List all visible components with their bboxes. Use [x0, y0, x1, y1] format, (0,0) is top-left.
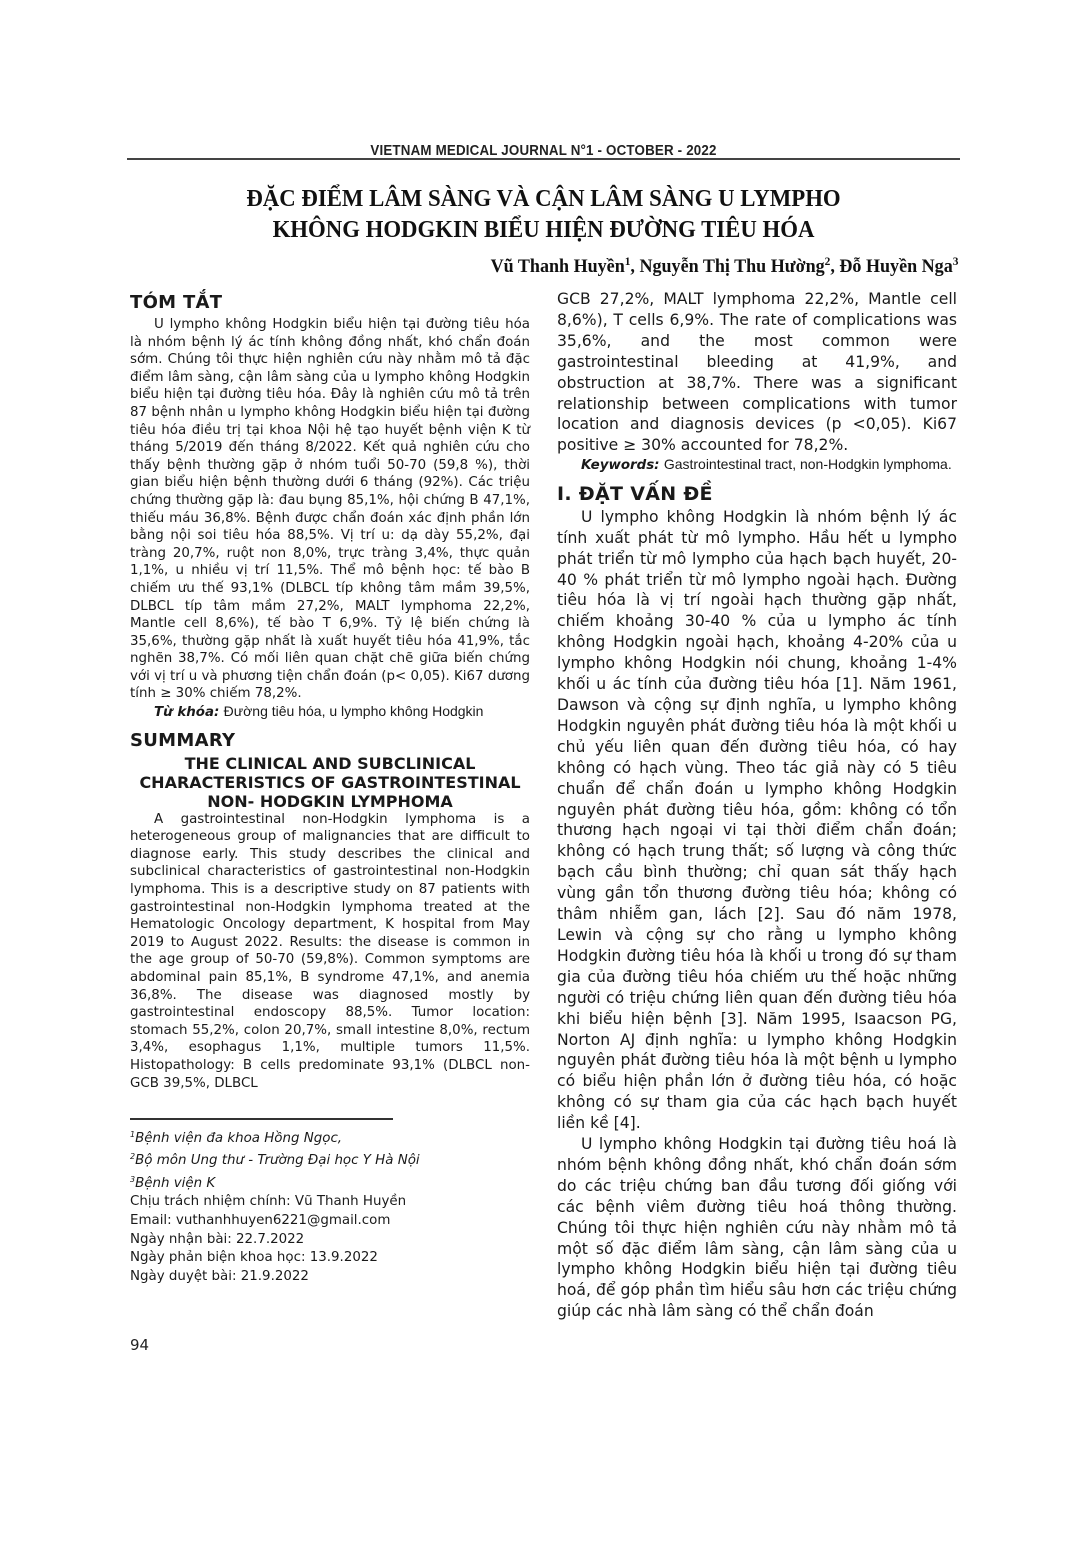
keywords-en-label: Keywords: [581, 458, 660, 473]
footnote-date-reviewed: Ngày phản biện khoa học: 13.9.2022 [130, 1249, 530, 1268]
journal-running-header: VIETNAM MEDICAL JOURNAL N°1 - OCTOBER - … [160, 143, 926, 159]
footnote-text: Bệnh viện đa khoa Hồng Ngọc, [135, 1131, 342, 1146]
abstract-vi-heading: TÓM TẮT [130, 292, 530, 314]
keywords-vi: Từ khóa: Đường tiêu hóa, u lympho không … [130, 703, 530, 722]
footnote-corresponding-author: Chịu trách nhiệm chính: Vũ Thanh Huyền [130, 1193, 530, 1212]
journal-page: VIETNAM MEDICAL JOURNAL N°1 - OCTOBER - … [0, 0, 1090, 1541]
article-title: ĐẶC ĐIỂM LÂM SÀNG VÀ CẬN LÂM SÀNG U LYMP… [156, 183, 931, 245]
title-line-2: KHÔNG HODGKIN BIỂU HIỆN ĐƯỜNG TIÊU HÓA [156, 214, 931, 245]
affiliation-mark: 1 [624, 254, 630, 268]
summary-title-line-1: THE CLINICAL AND SUBCLINICAL [130, 754, 530, 773]
author-name: Vũ Thanh Huyền [490, 256, 624, 277]
summary-title-line-3: NON- HODGKIN LYMPHOMA [130, 792, 530, 811]
affiliation-mark: 3 [952, 254, 958, 268]
summary-body-part2: GCB 27,2%, MALT lymphoma 22,2%, Mantle c… [557, 289, 957, 456]
author-separator: , [630, 256, 639, 277]
keywords-en-text: Gastrointestinal tract, non-Hodgkin lymp… [664, 456, 952, 472]
keywords-vi-label: Từ khóa: [154, 705, 219, 720]
footnote-rule [130, 1118, 393, 1120]
author-name: Nguyễn Thị Thu Hường [639, 256, 824, 277]
footnote-date-accepted: Ngày duyệt bài: 21.9.2022 [130, 1268, 530, 1287]
section-1-paragraph-2: U lympho không Hodgkin tại đường tiêu ho… [557, 1134, 957, 1322]
footnote-affiliation-1: 1Bệnh viện đa khoa Hồng Ngọc, [130, 1126, 530, 1149]
left-column: TÓM TẮT U lympho không Hodgkin biểu hiện… [130, 292, 530, 1286]
summary-body-part1: A gastrointestinal non-Hodgkin lymphoma … [130, 811, 530, 1093]
affiliation-mark: 2 [824, 254, 830, 268]
keywords-en: Keywords: Gastrointestinal tract, non-Ho… [557, 456, 957, 475]
right-column: GCB 27,2%, MALT lymphoma 22,2%, Mantle c… [557, 289, 957, 1322]
abstract-vi-body: U lympho không Hodgkin biểu hiện tại đườ… [130, 316, 530, 703]
footnote-email[interactable]: Email: vuthanhhuyen6221@gmail.com [130, 1212, 530, 1231]
title-line-1: ĐẶC ĐIỂM LÂM SÀNG VÀ CẬN LÂM SÀNG U LYMP… [156, 183, 931, 214]
page-number: 94 [130, 1336, 149, 1354]
header-rule [127, 158, 960, 160]
footnote-affiliation-3: 3Bệnh viện K [130, 1171, 530, 1194]
footnote-date-received: Ngày nhận bài: 22.7.2022 [130, 1231, 530, 1250]
footnote-text: Bộ môn Ung thư - Trường Đại học Y Hà Nội [135, 1153, 420, 1168]
author-name: Đỗ Huyền Nga [839, 256, 952, 277]
author-list: Vũ Thanh Huyền1, Nguyễn Thị Thu Hường2, … [490, 254, 958, 278]
section-1-heading: I. ĐẶT VẤN ĐỀ [557, 483, 957, 505]
summary-heading: SUMMARY [130, 730, 530, 752]
summary-title-line-2: CHARACTERISTICS OF GASTROINTESTINAL [130, 773, 530, 792]
keywords-vi-text: Đường tiêu hóa, u lympho không Hodgkin [224, 703, 484, 719]
author-separator: , [830, 256, 839, 277]
footnote-affiliation-2: 2Bộ môn Ung thư - Trường Đại học Y Hà Nộ… [130, 1148, 530, 1171]
spacer [130, 722, 530, 730]
section-1-paragraph-1: U lympho không Hodgkin là nhóm bệnh lý á… [557, 507, 957, 1134]
footnote-text: Bệnh viện K [135, 1176, 215, 1191]
summary-title: THE CLINICAL AND SUBCLINICAL CHARACTERIS… [130, 754, 530, 811]
